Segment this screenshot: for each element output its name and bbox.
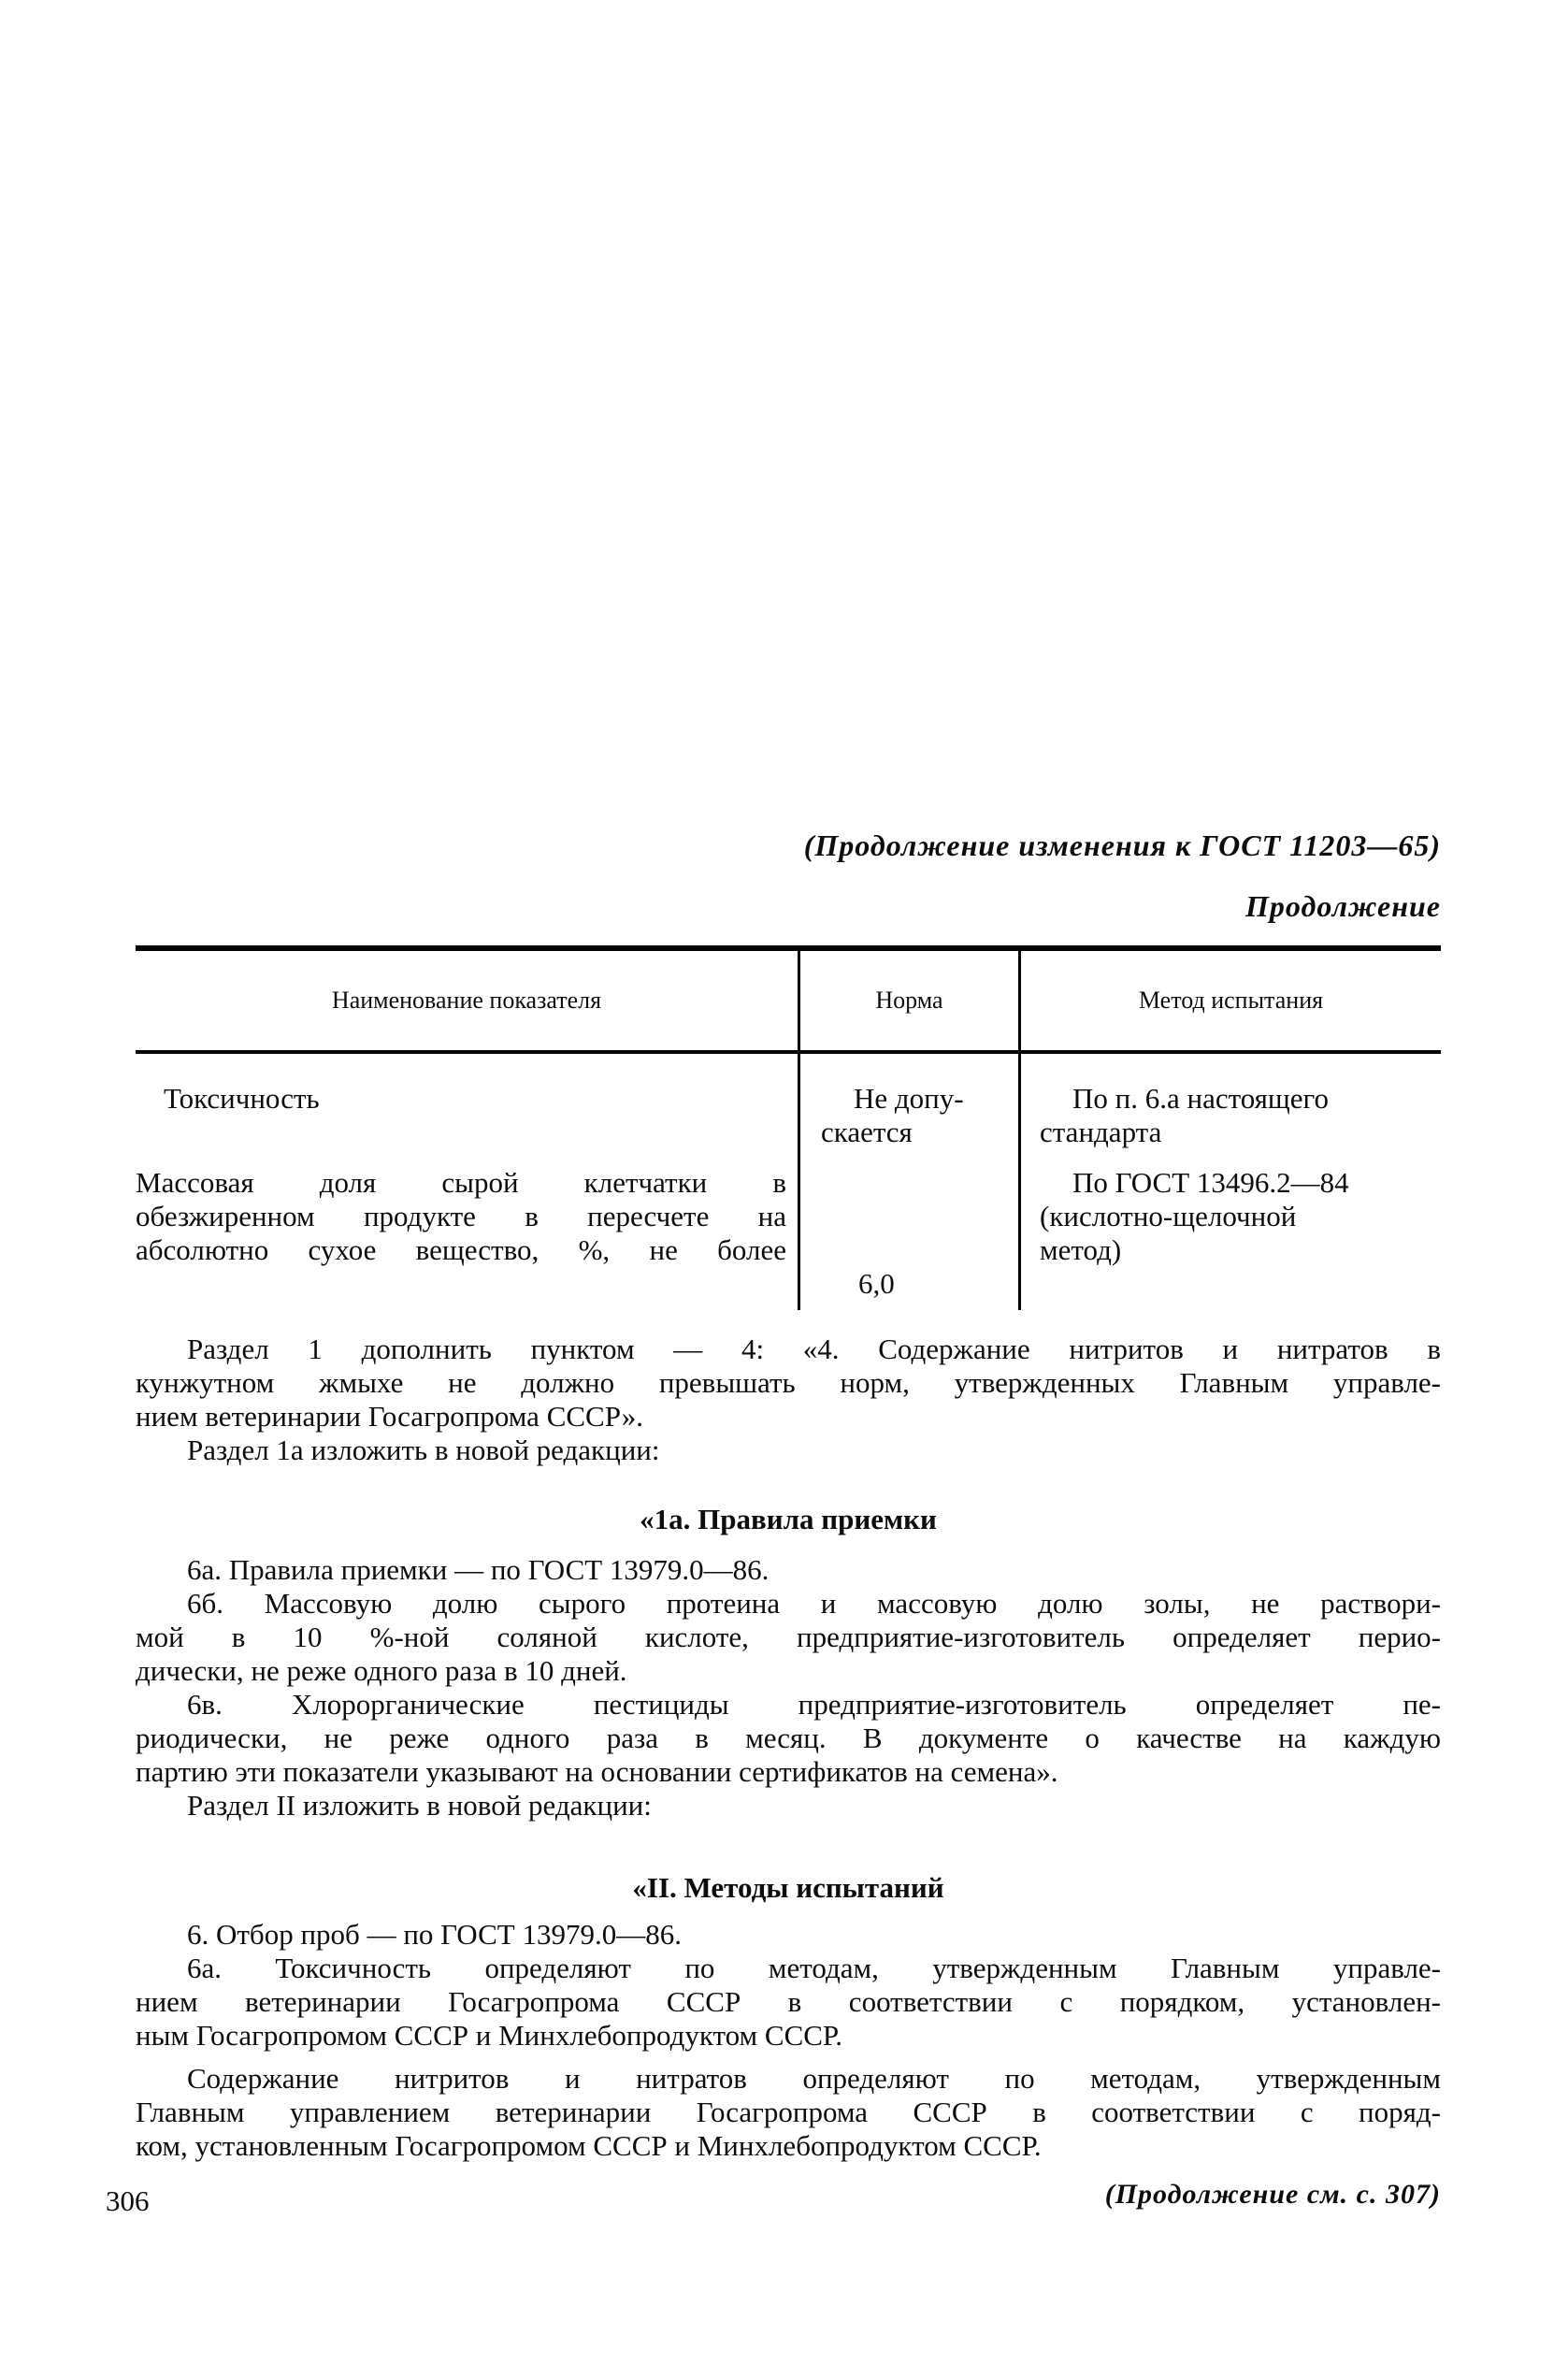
text-line: По ГОСТ 13496.2—84	[1021, 1166, 1441, 1200]
text-line: Раздел 1а изложить в новой редакции:	[136, 1434, 1441, 1467]
text-line: 6а. Правила приемки — по ГОСТ 13979.0—86…	[136, 1553, 1441, 1587]
paragraph-6a: 6а. Правила приемки — по ГОСТ 13979.0—86…	[136, 1553, 1441, 1587]
paragraph-soderzhanie-nitritov: Содержание нитритов и нитратов определяю…	[136, 2062, 1441, 2163]
text-line: нием ветеринарии Госагропрома СССР».	[136, 1400, 1441, 1434]
section-heading-metody-ispytaniy: «II. Методы испытаний	[136, 1869, 1441, 1907]
indicators-table: Наименование показателя Норма Метод испы…	[136, 945, 1441, 1310]
paragraph-razdel-1: Раздел 1 дополнить пунктом — 4: «4. Соде…	[136, 1333, 1441, 1434]
paragraph-6v: 6в. Хлорорганические пестициды предприят…	[136, 1688, 1441, 1789]
column-header-test-method: Метод испытания	[1021, 951, 1441, 1050]
text-line: Содержание нитритов и нитратов определяю…	[136, 2062, 1441, 2096]
text-line: метод)	[1021, 1233, 1441, 1267]
cell-norm: Не допу-скается	[798, 1054, 1021, 1166]
table-row: Массовая доля сырой клетчатки вобезжирен…	[136, 1166, 1441, 1310]
column-header-norm: Норма	[798, 951, 1021, 1050]
continuation-note-bottom: (Продолжение см. с. 307)	[136, 2176, 1441, 2213]
paragraph-6: 6. Отбор проб — по ГОСТ 13979.0—86.	[136, 1918, 1441, 1952]
text-line: скается	[800, 1116, 1018, 1149]
text-line: 6в. Хлорорганические пестициды предприят…	[136, 1688, 1441, 1722]
text-line: стандарта	[1021, 1116, 1441, 1149]
text-line: По п. 6.а настоящего	[1021, 1082, 1441, 1116]
table-row: Токсичность Не допу-скается По п. 6.а на…	[136, 1054, 1441, 1166]
text-line: партию эти показатели указывают на основ…	[136, 1755, 1441, 1789]
text-line: обезжиренном продукте в пересчете на	[136, 1200, 798, 1233]
text-line: ным Госагропромом СССР и Минхлебопродукт…	[136, 2019, 1441, 2053]
text-line: абсолютно сухое вещество, %, не более	[136, 1233, 798, 1267]
text-line: мой в 10 %-ной соляной кислоте, предприя…	[136, 1621, 1441, 1654]
section-heading-pravila-priemki: «1а. Правила приемки	[136, 1501, 1441, 1538]
paragraph-razdel-1a: Раздел 1а изложить в новой редакции:	[136, 1434, 1441, 1467]
text-line: Главным управлением ветеринарии Госагроп…	[136, 2096, 1441, 2129]
cell-indicator-name: Токсичность	[136, 1054, 798, 1166]
text-line: Токсичность	[136, 1082, 798, 1116]
text-line: (кислотно-щелочной	[1021, 1200, 1441, 1233]
text-line: Массовая доля сырой клетчатки в	[136, 1166, 798, 1200]
cell-test-method: По п. 6.а настоящегостандарта	[1021, 1054, 1441, 1166]
table-header-row: Наименование показателя Норма Метод испы…	[136, 951, 1441, 1054]
text-line: 6,0	[800, 1267, 1018, 1301]
cell-norm: 6,0	[798, 1166, 1021, 1310]
text-line: 6. Отбор проб — по ГОСТ 13979.0—86.	[136, 1918, 1441, 1952]
page-number: 306	[106, 2184, 150, 2218]
page-content: (Продолжение изменения к ГОСТ 11203—65) …	[136, 0, 1441, 2213]
top-margin	[136, 0, 1441, 827]
text-line: ком, установленным Госагропромом СССР и …	[136, 2129, 1441, 2163]
continuation-label: Продолжение	[136, 887, 1441, 925]
paragraph-razdel-2: Раздел II изложить в новой редакции:	[136, 1789, 1441, 1823]
text-line: Раздел II изложить в новой редакции:	[136, 1789, 1441, 1823]
text-line: нием ветеринарии Госагропрома СССР в соо…	[136, 1985, 1441, 2019]
text-line: 6б. Массовую долю сырого протеина и масс…	[136, 1587, 1441, 1621]
document-page: (Продолжение изменения к ГОСТ 11203—65) …	[0, 0, 1568, 2363]
cell-test-method: По ГОСТ 13496.2—84(кислотно-щелочноймето…	[1021, 1166, 1441, 1310]
text-line: Раздел 1 дополнить пунктом — 4: «4. Соде…	[136, 1333, 1441, 1366]
text-line: риодически, не реже одного раза в месяц.…	[136, 1722, 1441, 1755]
continuation-note-top: (Продолжение изменения к ГОСТ 11203—65)	[136, 827, 1441, 864]
paragraph-6b: 6б. Массовую долю сырого протеина и масс…	[136, 1587, 1441, 1688]
text-line: 6а. Токсичность определяют по методам, у…	[136, 1952, 1441, 1985]
text-line: Не допу-	[800, 1082, 1018, 1116]
paragraph-6a-toksichnost: 6а. Токсичность определяют по методам, у…	[136, 1952, 1441, 2053]
cell-indicator-name: Массовая доля сырой клетчатки вобезжирен…	[136, 1166, 798, 1310]
text-line: кунжутном жмыхе не должно превышать норм…	[136, 1366, 1441, 1400]
column-header-indicator-name: Наименование показателя	[136, 951, 798, 1050]
text-line: дически, не реже одного раза в 10 дней.	[136, 1654, 1441, 1688]
